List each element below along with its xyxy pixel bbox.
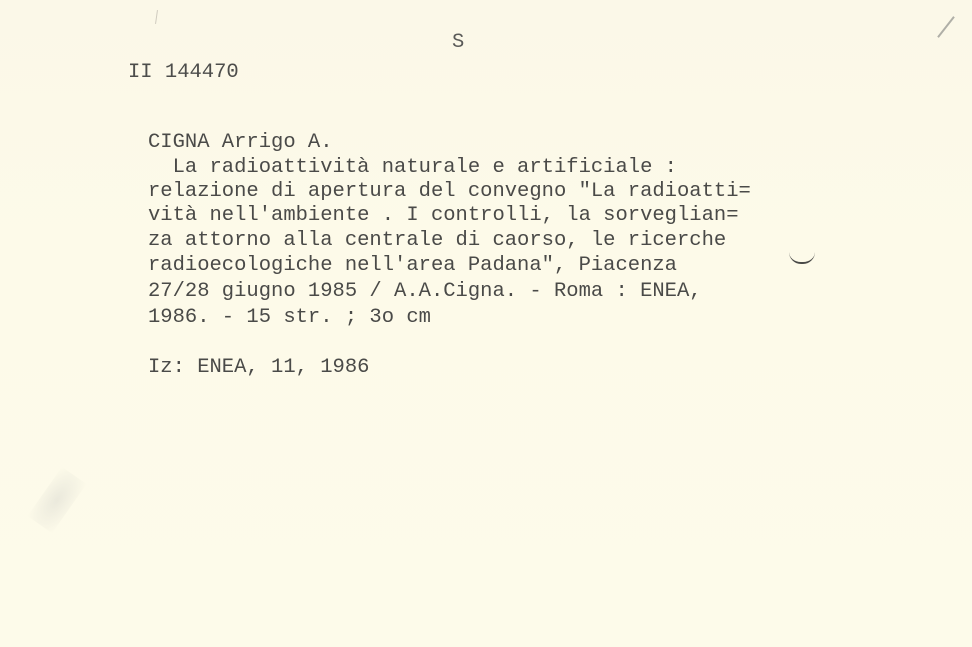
entry-line: vità nell'ambiente . I controlli, la sor… — [148, 206, 739, 227]
pencil-mark — [937, 16, 955, 38]
handwritten-correction-mark — [789, 252, 815, 264]
paper-smudge — [28, 467, 87, 533]
bibliographic-entry: CIGNA Arrigo A. La radioattività natural… — [148, 0, 197, 226]
entry-author: CIGNA Arrigo A. — [148, 133, 333, 154]
catalog-card: S II 144470 CIGNA Arrigo A. La radioatti… — [0, 0, 972, 647]
entry-line: za attorno alla centrale di caorso, le r… — [148, 231, 726, 252]
entry-line: 1986. - 15 str. ; 3o cm — [148, 308, 431, 329]
entry-line: relazione di apertura del convegno "La r… — [148, 182, 751, 203]
entry-line: 27/28 giugno 1985 / A.A.Cigna. - Roma : … — [148, 282, 702, 303]
source-note: Iz: ENEA, 11, 1986 — [148, 358, 369, 379]
entry-line: radioecologiche nell'area Padana", Piace… — [148, 256, 677, 277]
entry-line: La radioattività naturale e artificiale … — [148, 158, 677, 179]
shelf-mark: S — [452, 33, 464, 54]
